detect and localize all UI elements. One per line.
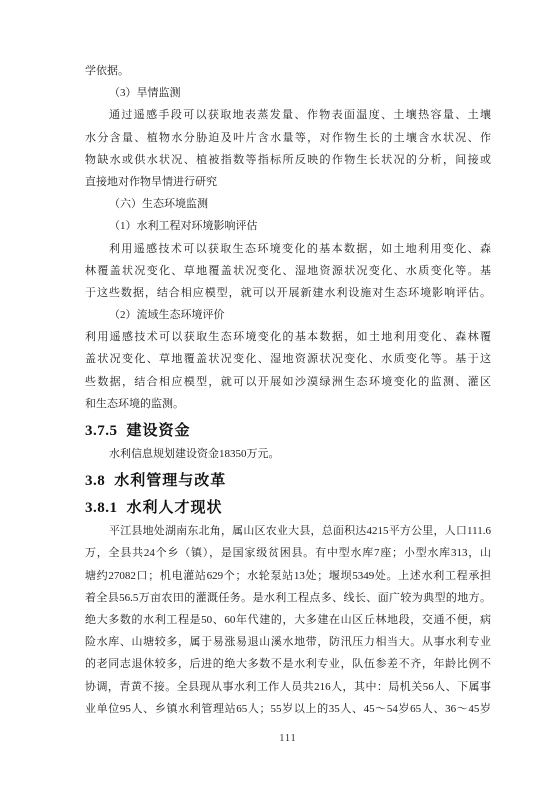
text-lines: 学依据。（3）旱情监测通过遥感手段可以获取地表蒸发量、作物表面温度、土壤热容量、… [85, 60, 491, 720]
text-line: 林覆盖状况变化、草地覆盖状况变化、湿地资源状况变化、水质变化等。基 [85, 260, 491, 282]
text-line: 通过遥感手段可以获取地表蒸发量、作物表面温度、土壤热容量、土壤 [85, 104, 491, 126]
text-line: （3）旱情监测 [85, 82, 491, 104]
section-number: 3.8.1 [85, 500, 118, 516]
text-line: 和生态环境的监测。 [85, 393, 491, 415]
text-line: 绝大多数的水利工程是50、60年代建的，大多建在山区丘林地段，交通不便，病 [85, 609, 491, 631]
text-line: （六）生态环境监测 [85, 193, 491, 215]
page-number: 111 [85, 733, 491, 744]
text-line: 业单位95人、乡镇水利管理站65人；55岁以上的35人、45～54岁65人、36… [85, 698, 491, 720]
section-title: 建设资金 [127, 422, 191, 439]
section-number: 3.8 [85, 473, 105, 489]
section-heading: 3.8水利管理与改革 [85, 470, 491, 492]
text-line: 平江县地处湖南东北角，属山区农业大县，总面积达4215平方公里，人口111.6 [85, 520, 491, 542]
section-number: 3.7.5 [85, 423, 118, 439]
text-line: 着全县56.5万亩农田的灌溉任务。是水利工程点多、线长、面广较为典型的地方。 [85, 587, 491, 609]
text-line: 的老同志退休较多，后进的绝大多数不是水利专业，队伍参差不齐，年龄比例不 [85, 653, 491, 675]
text-line: 协调，青黄不接。全县现从事水利工作人员共216人，其中：局机关56人、下属事 [85, 676, 491, 698]
text-line: 万，全县共24个乡（镇），是国家级贫困县。有中型水库7座；小型水库313，山 [85, 542, 491, 564]
text-line: 物缺水或供水状况、植被指数等指标所反映的作物生长状况的分析，间接或 [85, 149, 491, 171]
text-line: 险水库、山塘较多，属于易涨易退山溪水地带，防汛压力相当大。从事水利专业 [85, 631, 491, 653]
text-line: 利用遥感技术可以获取生态环境变化的基本数据，如土地利用变化、森 [85, 238, 491, 260]
section-title: 水利人才现状 [127, 499, 223, 516]
section-heading: 3.7.5建设资金 [85, 420, 491, 442]
text-line: （1）水利工程对环境影响评估 [85, 215, 491, 237]
text-line: 水分含量、植物水分胁迫及叶片含水量等，对作物生长的土壤含水状况、作 [85, 127, 491, 149]
text-line: 塘约27082口；机电灌站629个；水轮泵站13处；堰坝5349处。上述水利工程… [85, 565, 491, 587]
text-line: 些数据，结合相应模型，就可以开展如沙漠绿洲生态环境变化的监测、灌区 [85, 371, 491, 393]
text-line: 学依据。 [85, 60, 491, 82]
text-line: 水利信息规划建设资金18350万元。 [85, 443, 491, 465]
document-page: 学依据。（3）旱情监测通过遥感手段可以获取地表蒸发量、作物表面温度、土壤热容量、… [0, 0, 555, 785]
section-title: 水利管理与改革 [114, 472, 226, 489]
text-line: 直接地对作物旱情进行研究 [85, 171, 491, 193]
text-line: 于这些数据，结合相应模型，就可以开展新建水利设施对生态环境影响评估。 [85, 282, 491, 304]
section-heading: 3.8.1水利人才现状 [85, 497, 491, 519]
text-line: 利用遥感技术可以获取生态环境变化的基本数据，如土地利用变化、森林覆 [85, 326, 491, 348]
text-line: （2）流域生态环境评价 [85, 304, 491, 326]
text-line: 盖状况变化、草地覆盖状况变化、湿地资源状况变化、水质变化等。基于这 [85, 348, 491, 370]
